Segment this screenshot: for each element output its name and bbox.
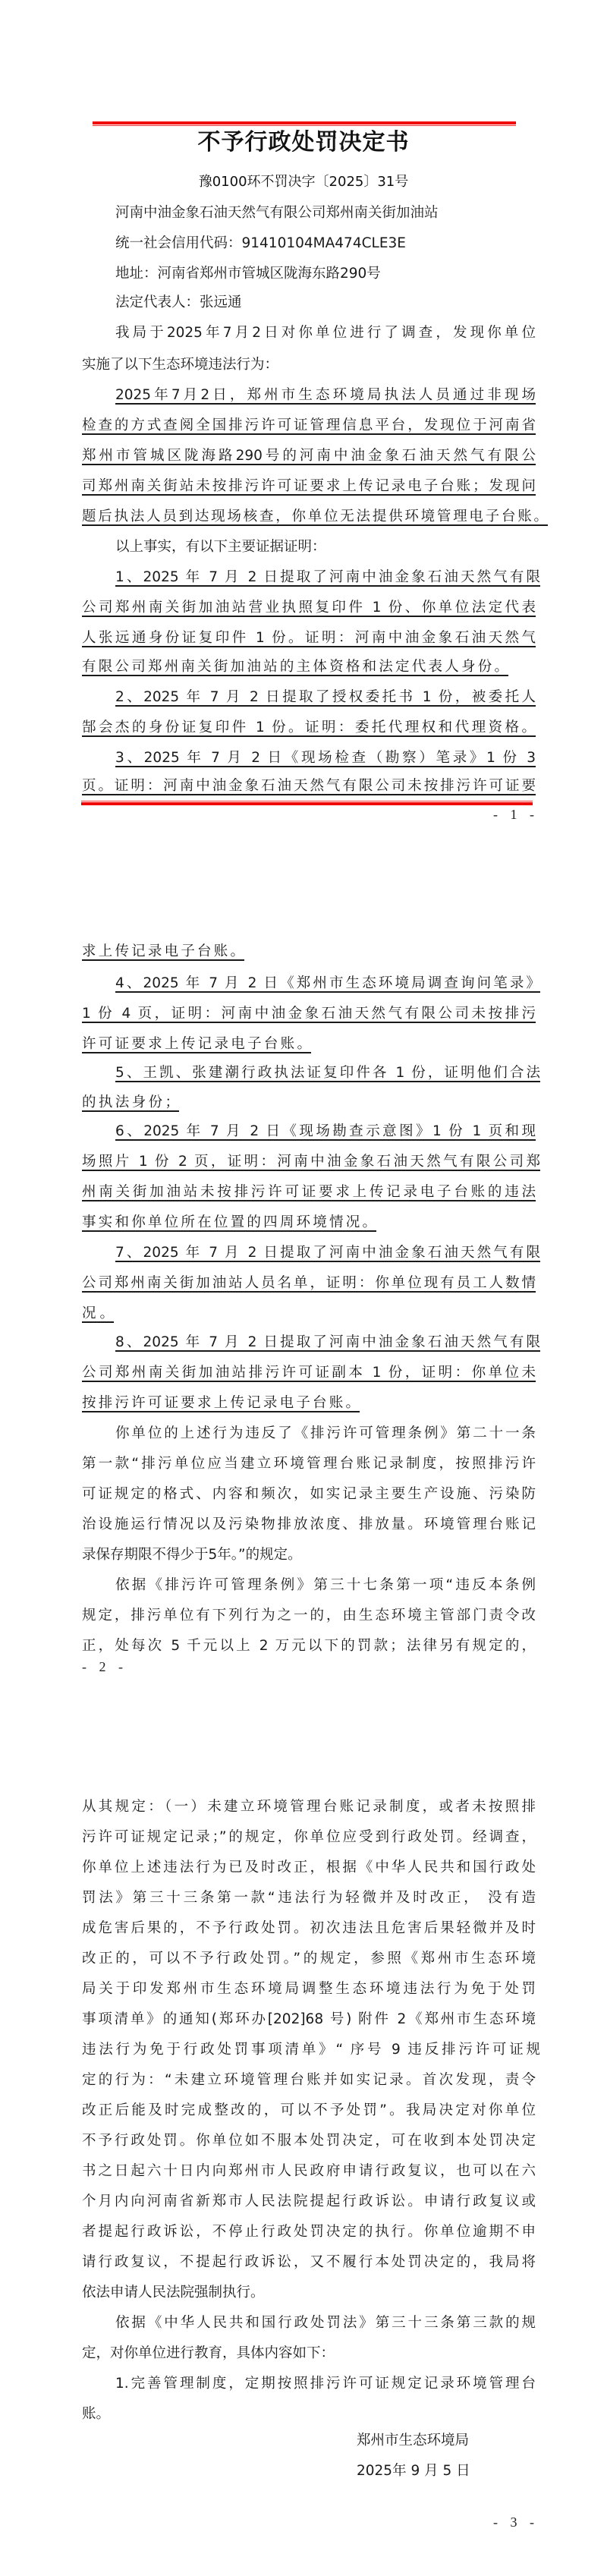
body-line-text: 2、2025 年 7 月 2 日提取了授权委托书 1 份，被委托人 — [115, 688, 536, 707]
body-line-text: 污许可证规定记录；”的规定，你单位应受到行政处罚。经调查， — [82, 1828, 536, 1847]
body-line: 2025年7月2日，郑州市生态环境局执法人员通过非现场 — [115, 386, 536, 405]
body-line-text: 正，处每次 5 千元以上 2 万元以下的罚款；法律另有规定的， — [82, 1636, 536, 1656]
body-line-text: 8、2025 年 7 月 2 日提取了河南中油金象石油天然气有限 — [115, 1333, 540, 1353]
body-line: 司郑州南关街站未按排污许可证要求上传记录电子台账；发现问 — [82, 477, 536, 496]
body-line-text: 求上传记录电子台账。 — [82, 942, 244, 962]
document-title: 不予行政处罚决定书 — [0, 123, 607, 156]
body-line: 许可证要求上传记录电子台账。 — [82, 1034, 311, 1054]
body-line: 郜会杰的身份证复印件 1 份。证明：委托代理权和代理资格。 — [82, 718, 536, 738]
body-line-text: 罚法》第三十三条第一款“违法行为轻微并及时改正， 没有造 — [82, 1888, 536, 1908]
body-line: 郑州市管城区陇海路290号的河南中油金象石油天然气有限公 — [82, 446, 536, 466]
body-line: 请行政复议，不提起行政诉讼，又不履行本处罚决定的，我局将 — [82, 2253, 536, 2272]
body-line: 页。证明：河南中油金象石油天然气有限公司未按排污许可证要 — [82, 776, 536, 796]
body-line-text: 以上事实，有以下主要证据证明： — [115, 539, 326, 555]
body-line-text: 事项清单》的通知(郑环办[202]68 号) 附件 2《郑州市生态环境 — [82, 2010, 536, 2030]
body-line-text: 书之日起六十日内向郑州市人民政府申请行政复议，也可以在六 — [82, 2162, 536, 2181]
body-line: 个月内向河南省新郑市人民法院提起行政诉讼。申请行政复议或 — [82, 2192, 536, 2212]
page-number: - 2 - — [82, 1659, 127, 1675]
body-line-text: 治设施运行情况以及污染物排放浓度、排放量。环境管理台账记 — [82, 1515, 536, 1535]
body-line-text: 司郑州南关街站未按排污许可证要求上传记录电子台账；发现问 — [82, 477, 536, 496]
body-line-text: 改正后能及时完成整改的，可以不予处罚”。我局决定对你单位 — [82, 2101, 536, 2121]
body-line: 5、王凯、张建潮行政执法证复印件各 1 份，证明他们合法 — [115, 1063, 540, 1083]
body-line: 局关于印发郑州市生态环境局调整生态环境违法行为免于处罚 — [82, 1979, 536, 1999]
body-line-text: 5、王凯、张建潮行政执法证复印件各 1 份，证明他们合法 — [115, 1063, 540, 1083]
page-number: - 1 - — [493, 807, 539, 823]
body-line-text: 不予行政处罚。你单位如不服本处罚决定，可在收到本处罚决定 — [82, 2131, 536, 2151]
body-line-text: 违法行为免于行政处罚事项清单》“ 序号 9 违反排污许可证规 — [82, 2040, 540, 2060]
body-line: 1.完善管理制度，定期按照排污许可证规定记录环境管理台 — [115, 2374, 536, 2394]
body-line: 按排污许可证要求上传记录电子台账。 — [82, 1393, 360, 1413]
body-line-text: 许可证要求上传记录电子台账。 — [82, 1034, 311, 1054]
body-line-text: 第一款“排污单位应当建立环境管理台账记录制度，按照排污许 — [82, 1454, 536, 1474]
body-line-text: 郜会杰的身份证复印件 1 份。证明：委托代理权和代理资格。 — [82, 718, 536, 738]
body-line: 从其规定：（一）未建立环境管理台账记录制度，或者未按照排 — [82, 1797, 536, 1817]
body-line-text: 4、2025 年 7 月 2 日《郑州市生态环境局调查询问笔录》 — [115, 974, 540, 994]
body-line: 治设施运行情况以及污染物排放浓度、排放量。环境管理台账记 — [82, 1515, 536, 1535]
body-line-text: 成危害后果的，不予行政处罚。初次违法且危害后果轻微并及时 — [82, 1919, 536, 1938]
body-line-text: 7、2025 年 7 月 2 日提取了河南中油金象石油天然气有限 — [115, 1243, 540, 1263]
body-line: 州南关街加油站未按排污许可证要求上传记录电子台账的违法 — [82, 1183, 536, 1202]
body-line-text: 题后执法人员到达现场核查，你单位无法提供环境管理电子台账。 — [82, 507, 548, 527]
body-line-text: 录保存期限不得少于5年。”的规定。 — [82, 1547, 302, 1563]
body-line-text: 人张远通身份证复印件 1 份。证明：河南中油金象石油天然气 — [82, 628, 536, 648]
body-line-text: 你单位的上述行为违反了《排污许可管理条例》第二十一条 — [115, 1424, 536, 1444]
body-line: 题后执法人员到达现场核查，你单位无法提供环境管理电子台账。 — [82, 507, 548, 527]
body-line: 有限公司郑州南关街加油站的主体资格和法定代表人身份。 — [82, 657, 508, 677]
body-line-text: 6、2025 年 7 月 2 日《现场勘查示意图》1 份 1 页和现 — [115, 1122, 536, 1142]
body-line: 2、2025 年 7 月 2 日提取了授权委托书 1 份，被委托人 — [115, 688, 536, 707]
body-line-text: 有限公司郑州南关街加油站的主体资格和法定代表人身份。 — [82, 657, 508, 677]
party-info-line: 地址：河南省郑州市管城区陇海东路290号 — [115, 264, 381, 284]
signature-date: 2025年 9 月 5 日 — [357, 2461, 470, 2481]
body-line: 公司郑州南关街加油站营业执照复印件 1 份、你单位法定代表 — [82, 598, 536, 618]
body-line-text: 公司郑州南关街加油站人员名单，证明：你单位现有员工人数情 — [82, 1274, 536, 1293]
body-line-text: 实施了以下生态环境违法行为： — [82, 357, 278, 373]
body-line-text: 者提起行政诉讼，不停止行政处罚决定的执行。你单位逾期不申 — [82, 2222, 536, 2242]
body-line: 定，对你单位进行教育，具体内容如下： — [82, 2344, 335, 2363]
body-line: 定的行为：“未建立环境管理台账并如实记录。首次发现，责令 — [82, 2071, 536, 2090]
body-line-text: 检查的方式查阅全国排污许可证管理信息平台，发现位于河南省 — [82, 416, 536, 436]
body-line: 正，处每次 5 千元以上 2 万元以下的罚款；法律另有规定的， — [82, 1636, 536, 1656]
body-line-text: 3、2025 年 7 月 2 日《现场检查（勘察）笔录》1 份 3 — [115, 748, 536, 768]
body-line: 第一款“排污单位应当建立环境管理台账记录制度，按照排污许 — [82, 1454, 536, 1474]
body-line: 公司郑州南关街加油站人员名单，证明：你单位现有员工人数情 — [82, 1274, 536, 1293]
body-line-text: 从其规定：（一）未建立环境管理台账记录制度，或者未按照排 — [82, 1797, 536, 1817]
body-line: 规定，排污单位有下列行为之一的，由生态环境主管部门责令改 — [82, 1606, 536, 1626]
body-line-text: 个月内向河南省新郑市人民法院提起行政诉讼。申请行政复议或 — [82, 2192, 536, 2212]
page-number: - 3 - — [493, 2515, 539, 2530]
body-line-text: 依据《中华人民共和国行政处罚法》第三十三条第三款的规 — [115, 2313, 536, 2333]
body-line: 依据《排污许可管理条例》第三十七条第一项“违反本条例 — [115, 1576, 536, 1595]
body-line-text: 定，对你单位进行教育，具体内容如下： — [82, 2345, 335, 2361]
party-info-line: 统一社会信用代码：91410104MA474CLE3E — [115, 234, 406, 254]
body-line: 改正的，可以不予行政处罚。”的规定，参照《郑州市生态环境 — [82, 1949, 536, 1969]
body-line: 7、2025 年 7 月 2 日提取了河南中油金象石油天然气有限 — [115, 1243, 540, 1263]
body-line: 检查的方式查阅全国排污许可证管理信息平台，发现位于河南省 — [82, 416, 536, 436]
body-line-text: 的执法身份； — [82, 1093, 179, 1113]
body-line: 书之日起六十日内向郑州市人民政府申请行政复议，也可以在六 — [82, 2162, 536, 2181]
party-info-line: 法定代表人：张远通 — [115, 293, 242, 313]
body-line: 的执法身份； — [82, 1093, 179, 1113]
body-line: 成危害后果的，不予行政处罚。初次违法且危害后果轻微并及时 — [82, 1919, 536, 1938]
body-line: 人张远通身份证复印件 1 份。证明：河南中油金象石油天然气 — [82, 628, 536, 648]
body-line: 你单位的上述行为违反了《排污许可管理条例》第二十一条 — [115, 1424, 536, 1444]
signature-issuer: 郑州市生态环境局 — [357, 2431, 469, 2451]
body-line: 6、2025 年 7 月 2 日《现场勘查示意图》1 份 1 页和现 — [115, 1122, 536, 1142]
body-line: 你单位上述违法行为已及时改正，根据《中华人民共和国行政处 — [82, 1858, 536, 1878]
body-line-text: 依法申请人民法院强制执行。 — [82, 2285, 265, 2300]
body-line-text: 改正的，可以不予行政处罚。”的规定，参照《郑州市生态环境 — [82, 1949, 536, 1969]
body-line: 依据《中华人民共和国行政处罚法》第三十三条第三款的规 — [115, 2313, 536, 2333]
body-line-text: 依据《排污许可管理条例》第三十七条第一项“违反本条例 — [115, 1576, 536, 1595]
party-info-line-text: 法定代表人：张远通 — [115, 294, 242, 310]
body-line: 违法行为免于行政处罚事项清单》“ 序号 9 违反排污许可证规 — [82, 2040, 540, 2060]
body-line: 录保存期限不得少于5年。”的规定。 — [82, 1545, 302, 1565]
body-line-text: 1、2025 年 7 月 2 日提取了河南中油金象石油天然气有限 — [115, 568, 540, 587]
body-line-text: 请行政复议，不提起行政诉讼，又不履行本处罚决定的，我局将 — [82, 2253, 536, 2272]
body-line-text: 可证规定的格式、内容和频次，如实记录主要生产设施、污染防 — [82, 1485, 536, 1504]
body-line-text: 页。证明：河南中油金象石油天然气有限公司未按排污许可证要 — [82, 776, 536, 796]
body-line-text: 我局于2025年7月2日对你单位进行了调查，发现你单位 — [115, 323, 536, 343]
body-line-text: 局关于印发郑州市生态环境局调整生态环境违法行为免于处罚 — [82, 1979, 536, 1999]
party-info-line: 河南中油金象石油天然气有限公司郑州南关街加油站 — [115, 203, 439, 223]
body-line-text: 1.完善管理制度，定期按照排污许可证规定记录环境管理台 — [115, 2374, 536, 2394]
body-line: 事实和你单位所在位置的四周环境情况。 — [82, 1213, 376, 1233]
body-line-text: 公司郑州南关街加油站排污许可证副本 1 份，证明：你单位未 — [82, 1363, 536, 1383]
body-line-text: 你单位上述违法行为已及时改正，根据《中华人民共和国行政处 — [82, 1858, 536, 1878]
body-line: 改正后能及时完成整改的，可以不予处罚”。我局决定对你单位 — [82, 2101, 536, 2121]
party-info-line-text: 河南中油金象石油天然气有限公司郑州南关街加油站 — [115, 205, 439, 221]
body-line: 者提起行政诉讼，不停止行政处罚决定的执行。你单位逾期不申 — [82, 2222, 536, 2242]
body-line: 污许可证规定记录；”的规定，你单位应受到行政处罚。经调查， — [82, 1828, 536, 1847]
body-line: 不予行政处罚。你单位如不服本处罚决定，可在收到本处罚决定 — [82, 2131, 536, 2151]
body-line: 账。 — [82, 2404, 110, 2424]
body-line-text: 2025年7月2日，郑州市生态环境局执法人员通过非现场 — [115, 386, 536, 405]
body-line-text: 账。 — [82, 2406, 110, 2422]
decision-document: 不予行政处罚决定书 豫0100环不罚决字〔2025〕31号 河南中油金象石油天然… — [0, 0, 607, 2576]
party-info-line-text: 地址：河南省郑州市管城区陇海东路290号 — [115, 266, 381, 282]
body-line-text: 事实和你单位所在位置的四周环境情况。 — [82, 1213, 376, 1233]
document-number: 豫0100环不罚决字〔2025〕31号 — [0, 171, 607, 191]
body-line-text: 州南关街加油站未按排污许可证要求上传记录电子台账的违法 — [82, 1183, 536, 1202]
body-line: 罚法》第三十三条第一款“违法行为轻微并及时改正， 没有造 — [82, 1888, 536, 1908]
body-line: 况。 — [82, 1304, 114, 1324]
body-line: 事项清单》的通知(郑环办[202]68 号) 附件 2《郑州市生态环境 — [82, 2010, 536, 2030]
body-line-text: 况。 — [82, 1304, 114, 1324]
body-line: 1 份 4 页，证明：河南中油金象石油天然气有限公司未按排污 — [82, 1004, 536, 1024]
body-line: 可证规定的格式、内容和频次，如实记录主要生产设施、污染防 — [82, 1485, 536, 1504]
body-line: 以上事实，有以下主要证据证明： — [115, 537, 326, 557]
body-line-text: 定的行为：“未建立环境管理台账并如实记录。首次发现，责令 — [82, 2071, 536, 2090]
body-line: 1、2025 年 7 月 2 日提取了河南中油金象石油天然气有限 — [115, 568, 540, 587]
body-line-text: 1 份 4 页，证明：河南中油金象石油天然气有限公司未按排污 — [82, 1004, 536, 1024]
body-line-text: 公司郑州南关街加油站营业执照复印件 1 份、你单位法定代表 — [82, 598, 536, 618]
body-line: 实施了以下生态环境违法行为： — [82, 355, 278, 375]
body-line: 8、2025 年 7 月 2 日提取了河南中油金象石油天然气有限 — [115, 1333, 540, 1353]
body-line: 我局于2025年7月2日对你单位进行了调查，发现你单位 — [115, 323, 536, 343]
body-line: 场照片 1 份 2 页，证明：河南中油金象石油天然气有限公司郑 — [82, 1152, 540, 1172]
body-line-text: 郑州市管城区陇海路290号的河南中油金象石油天然气有限公 — [82, 446, 536, 466]
body-line: 公司郑州南关街加油站排污许可证副本 1 份，证明：你单位未 — [82, 1363, 536, 1383]
body-line: 3、2025 年 7 月 2 日《现场检查（勘察）笔录》1 份 3 — [115, 748, 536, 768]
body-line: 依法申请人民法院强制执行。 — [82, 2283, 265, 2303]
party-info-line-text: 统一社会信用代码：91410104MA474CLE3E — [115, 235, 406, 251]
body-line-text: 按排污许可证要求上传记录电子台账。 — [82, 1393, 360, 1413]
body-line: 4、2025 年 7 月 2 日《郑州市生态环境局调查询问笔录》 — [115, 974, 540, 994]
body-line-text: 规定，排污单位有下列行为之一的，由生态环境主管部门责令改 — [82, 1606, 536, 1626]
body-line: 求上传记录电子台账。 — [82, 942, 244, 962]
body-line-text: 场照片 1 份 2 页，证明：河南中油金象石油天然气有限公司郑 — [82, 1152, 540, 1172]
